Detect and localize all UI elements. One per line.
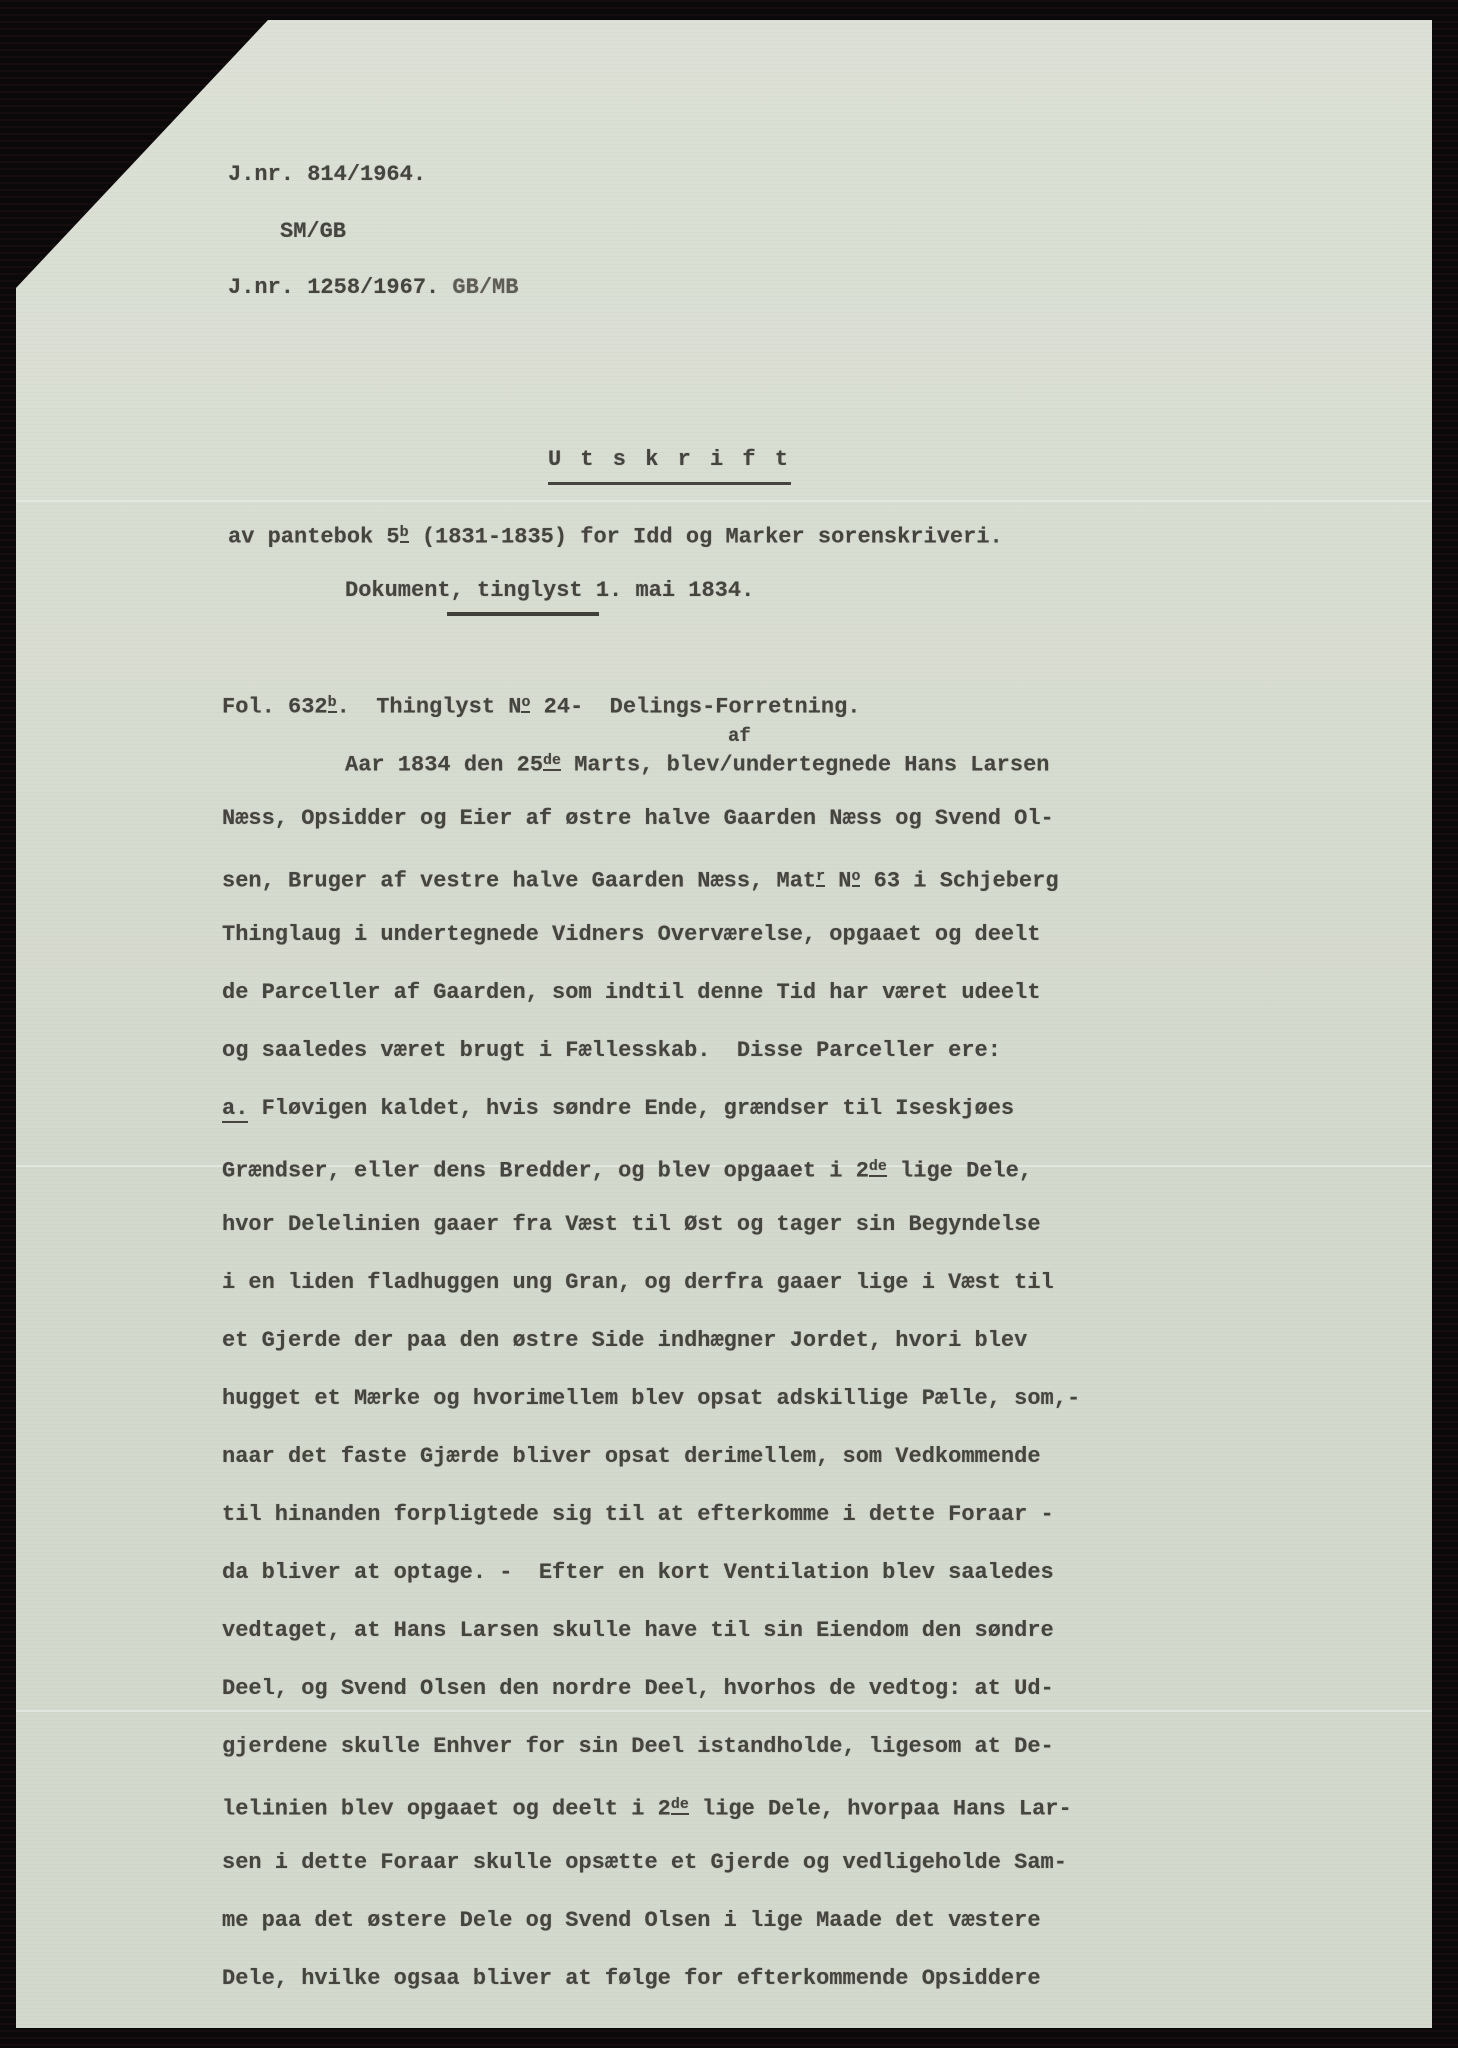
body-line: da bliver at optage. - Efter en kort Ven… [222, 1560, 1402, 1618]
scan-background: { "colors": { "background": "#0b0809", "… [0, 0, 1458, 2048]
journal-number-1: J.nr. 814/1964. [228, 162, 426, 188]
page-title: U t s k r i f t [548, 447, 791, 485]
body-line: a. Fløvigen kaldet, hvis søndre Ende, gr… [222, 1096, 1402, 1154]
inserted-word-above-line: af [728, 723, 751, 749]
case-initials-2: GB/MB [439, 275, 518, 300]
body-line: i en liden fladhuggen ung Gran, og derfr… [222, 1270, 1402, 1328]
body-line: me paa det østere Dele og Svend Olsen i … [222, 1908, 1402, 1966]
body-line: sen i dette Foraar skulle opsætte et Gje… [222, 1850, 1402, 1908]
body-line: hvor Delelinien gaaer fra Væst til Øst o… [222, 1212, 1402, 1270]
body-line: sen, Bruger af vestre halve Gaarden Næss… [222, 864, 1402, 922]
body-line: Thinglaug i undertegnede Vidners Overvær… [222, 922, 1402, 980]
body-line: lelinien blev opgaaet og deelt i 2de lig… [222, 1792, 1402, 1850]
case-initials-1: SM/GB [280, 219, 346, 245]
subtitle-document: Dokument, tinglyst 1. mai 1834. [345, 578, 754, 604]
body-line: de Parceller af Gaarden, som indtil denn… [222, 980, 1402, 1038]
subtitle-source: av pantebok 5b (1831-1835) for Idd og Ma… [228, 520, 1003, 551]
body-line: hugget et Mærke og hvorimellem blev opsa… [222, 1386, 1402, 1444]
body-line: et Gjerde der paa den østre Side indhægn… [222, 1328, 1402, 1386]
journal-number-2-row: J.nr. 1258/1967. GB/MB [228, 275, 518, 301]
subtitle-underline [447, 612, 599, 616]
paper-crease [16, 500, 1432, 502]
scanned-page: J.nr. 814/1964. SM/GB J.nr. 1258/1967. G… [16, 20, 1432, 2028]
body-line: Deel, og Svend Olsen den nordre Deel, hv… [222, 1676, 1402, 1734]
body-line: Aar 1834 den 25de Marts, blev/undertegne… [222, 748, 1402, 806]
body-line: Dele, hvilke ogsaa bliver at følge for e… [222, 1966, 1402, 2024]
body-text: Fol. 632b. Thinglyst No 24- Delings-Forr… [222, 690, 1402, 2024]
body-line: og saaledes været brugt i Fællesskab. Di… [222, 1038, 1402, 1096]
body-line: Fol. 632b. Thinglyst No 24- Delings-Forr… [222, 690, 1402, 748]
body-line: Grændser, eller dens Bredder, og blev op… [222, 1154, 1402, 1212]
body-line: vedtaget, at Hans Larsen skulle have til… [222, 1618, 1402, 1676]
body-line: gjerdene skulle Enhver for sin Deel ista… [222, 1734, 1402, 1792]
body-line: naar det faste Gjærde bliver opsat derim… [222, 1444, 1402, 1502]
journal-number-2: J.nr. 1258/1967. [228, 275, 439, 300]
body-line: til hinanden forpligtede sig til at efte… [222, 1502, 1402, 1560]
body-line: Næss, Opsidder og Eier af østre halve Ga… [222, 806, 1402, 864]
